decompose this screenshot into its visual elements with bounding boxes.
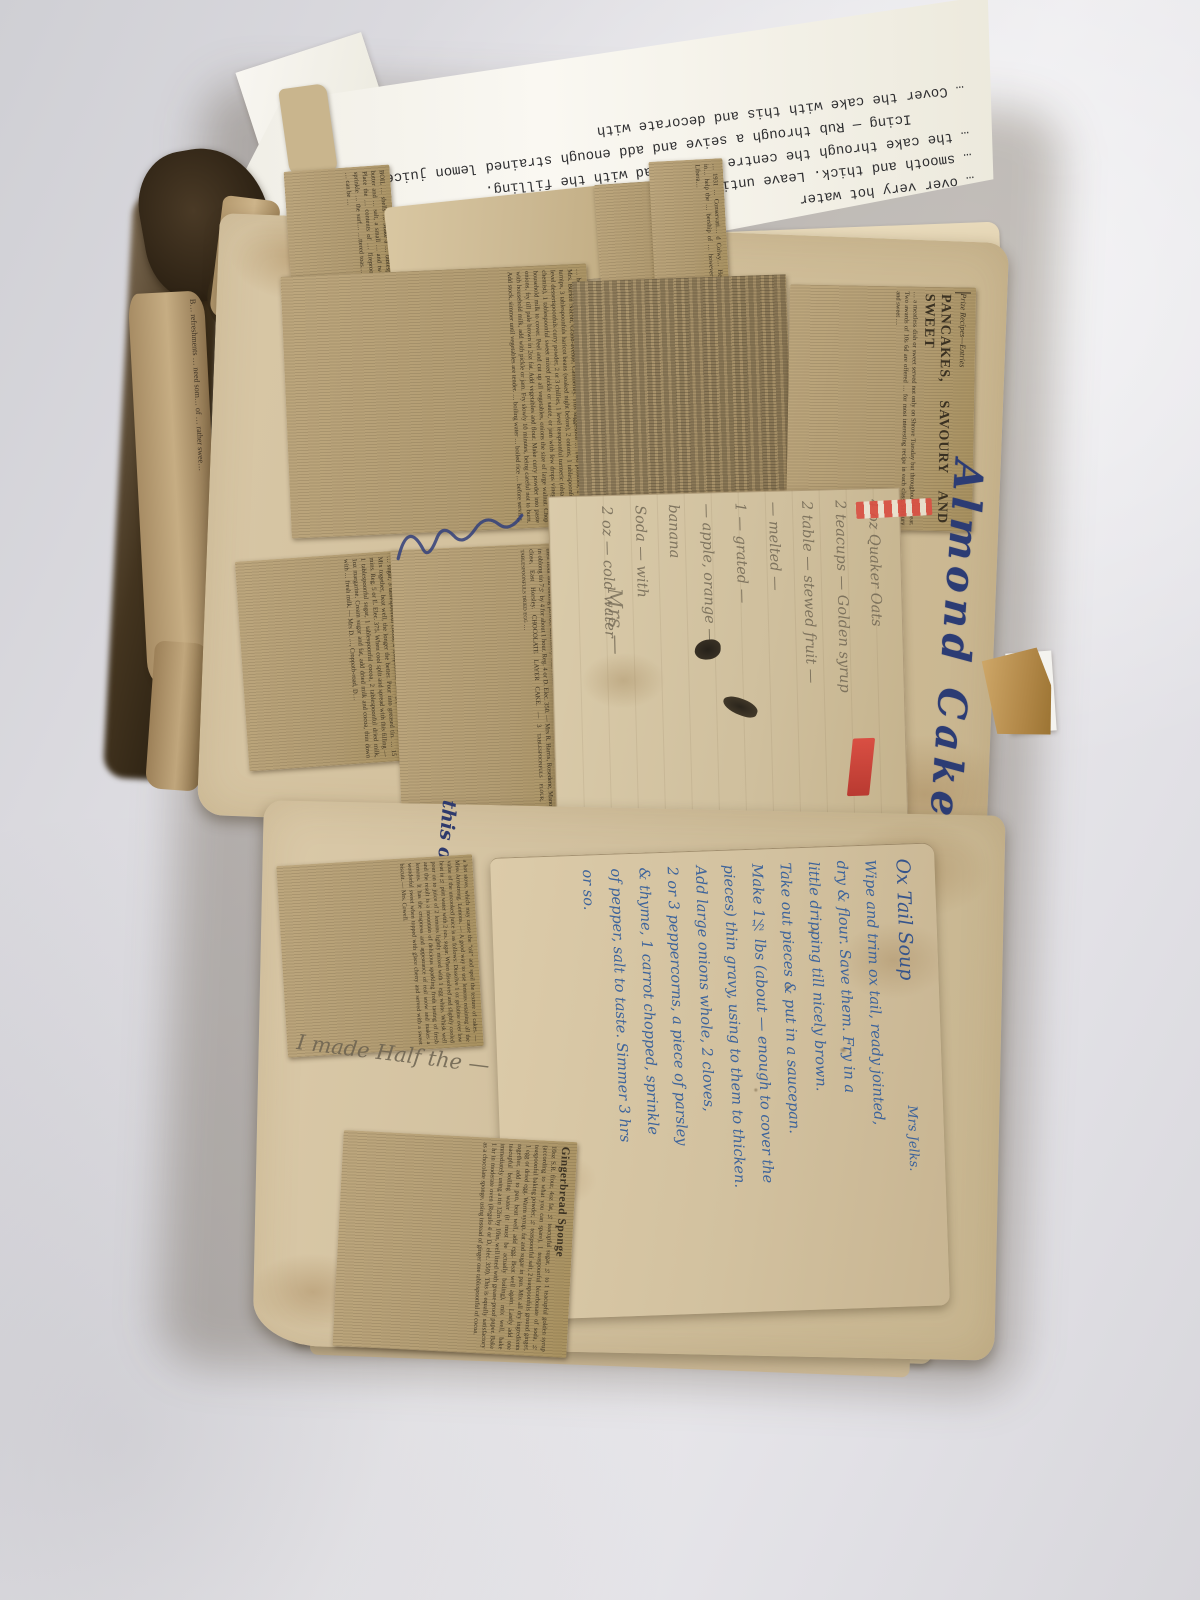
oxtail-recipe-attribution: Mrs Jelks. [899, 1104, 927, 1171]
newsprint-texture [572, 274, 794, 519]
newspaper-clipping-gingerbread: Gingerbread Sponge 10oz S.R. flour, 4oz … [333, 1130, 578, 1358]
newspaper-clipping-lemons: a hot stove, which may cause the “oil” a… [276, 854, 483, 1058]
photo-of-recipe-scrapbook: … over very hot water … smooth and thick… [0, 0, 1200, 1600]
clipping-body: 10oz S.R. flour, 4oz fat, ½ teacupful su… [469, 1142, 557, 1352]
pencil-recipe-text: 4 oz Quaker Oats 2 teacups — Golden syru… [557, 499, 897, 826]
newspaper-clipping-chocolate-cake: … sugar, 3 tablespoonful cocoa, 2 teaspo… [235, 551, 411, 772]
pencil-mrs-note: Mrs — [603, 588, 629, 655]
